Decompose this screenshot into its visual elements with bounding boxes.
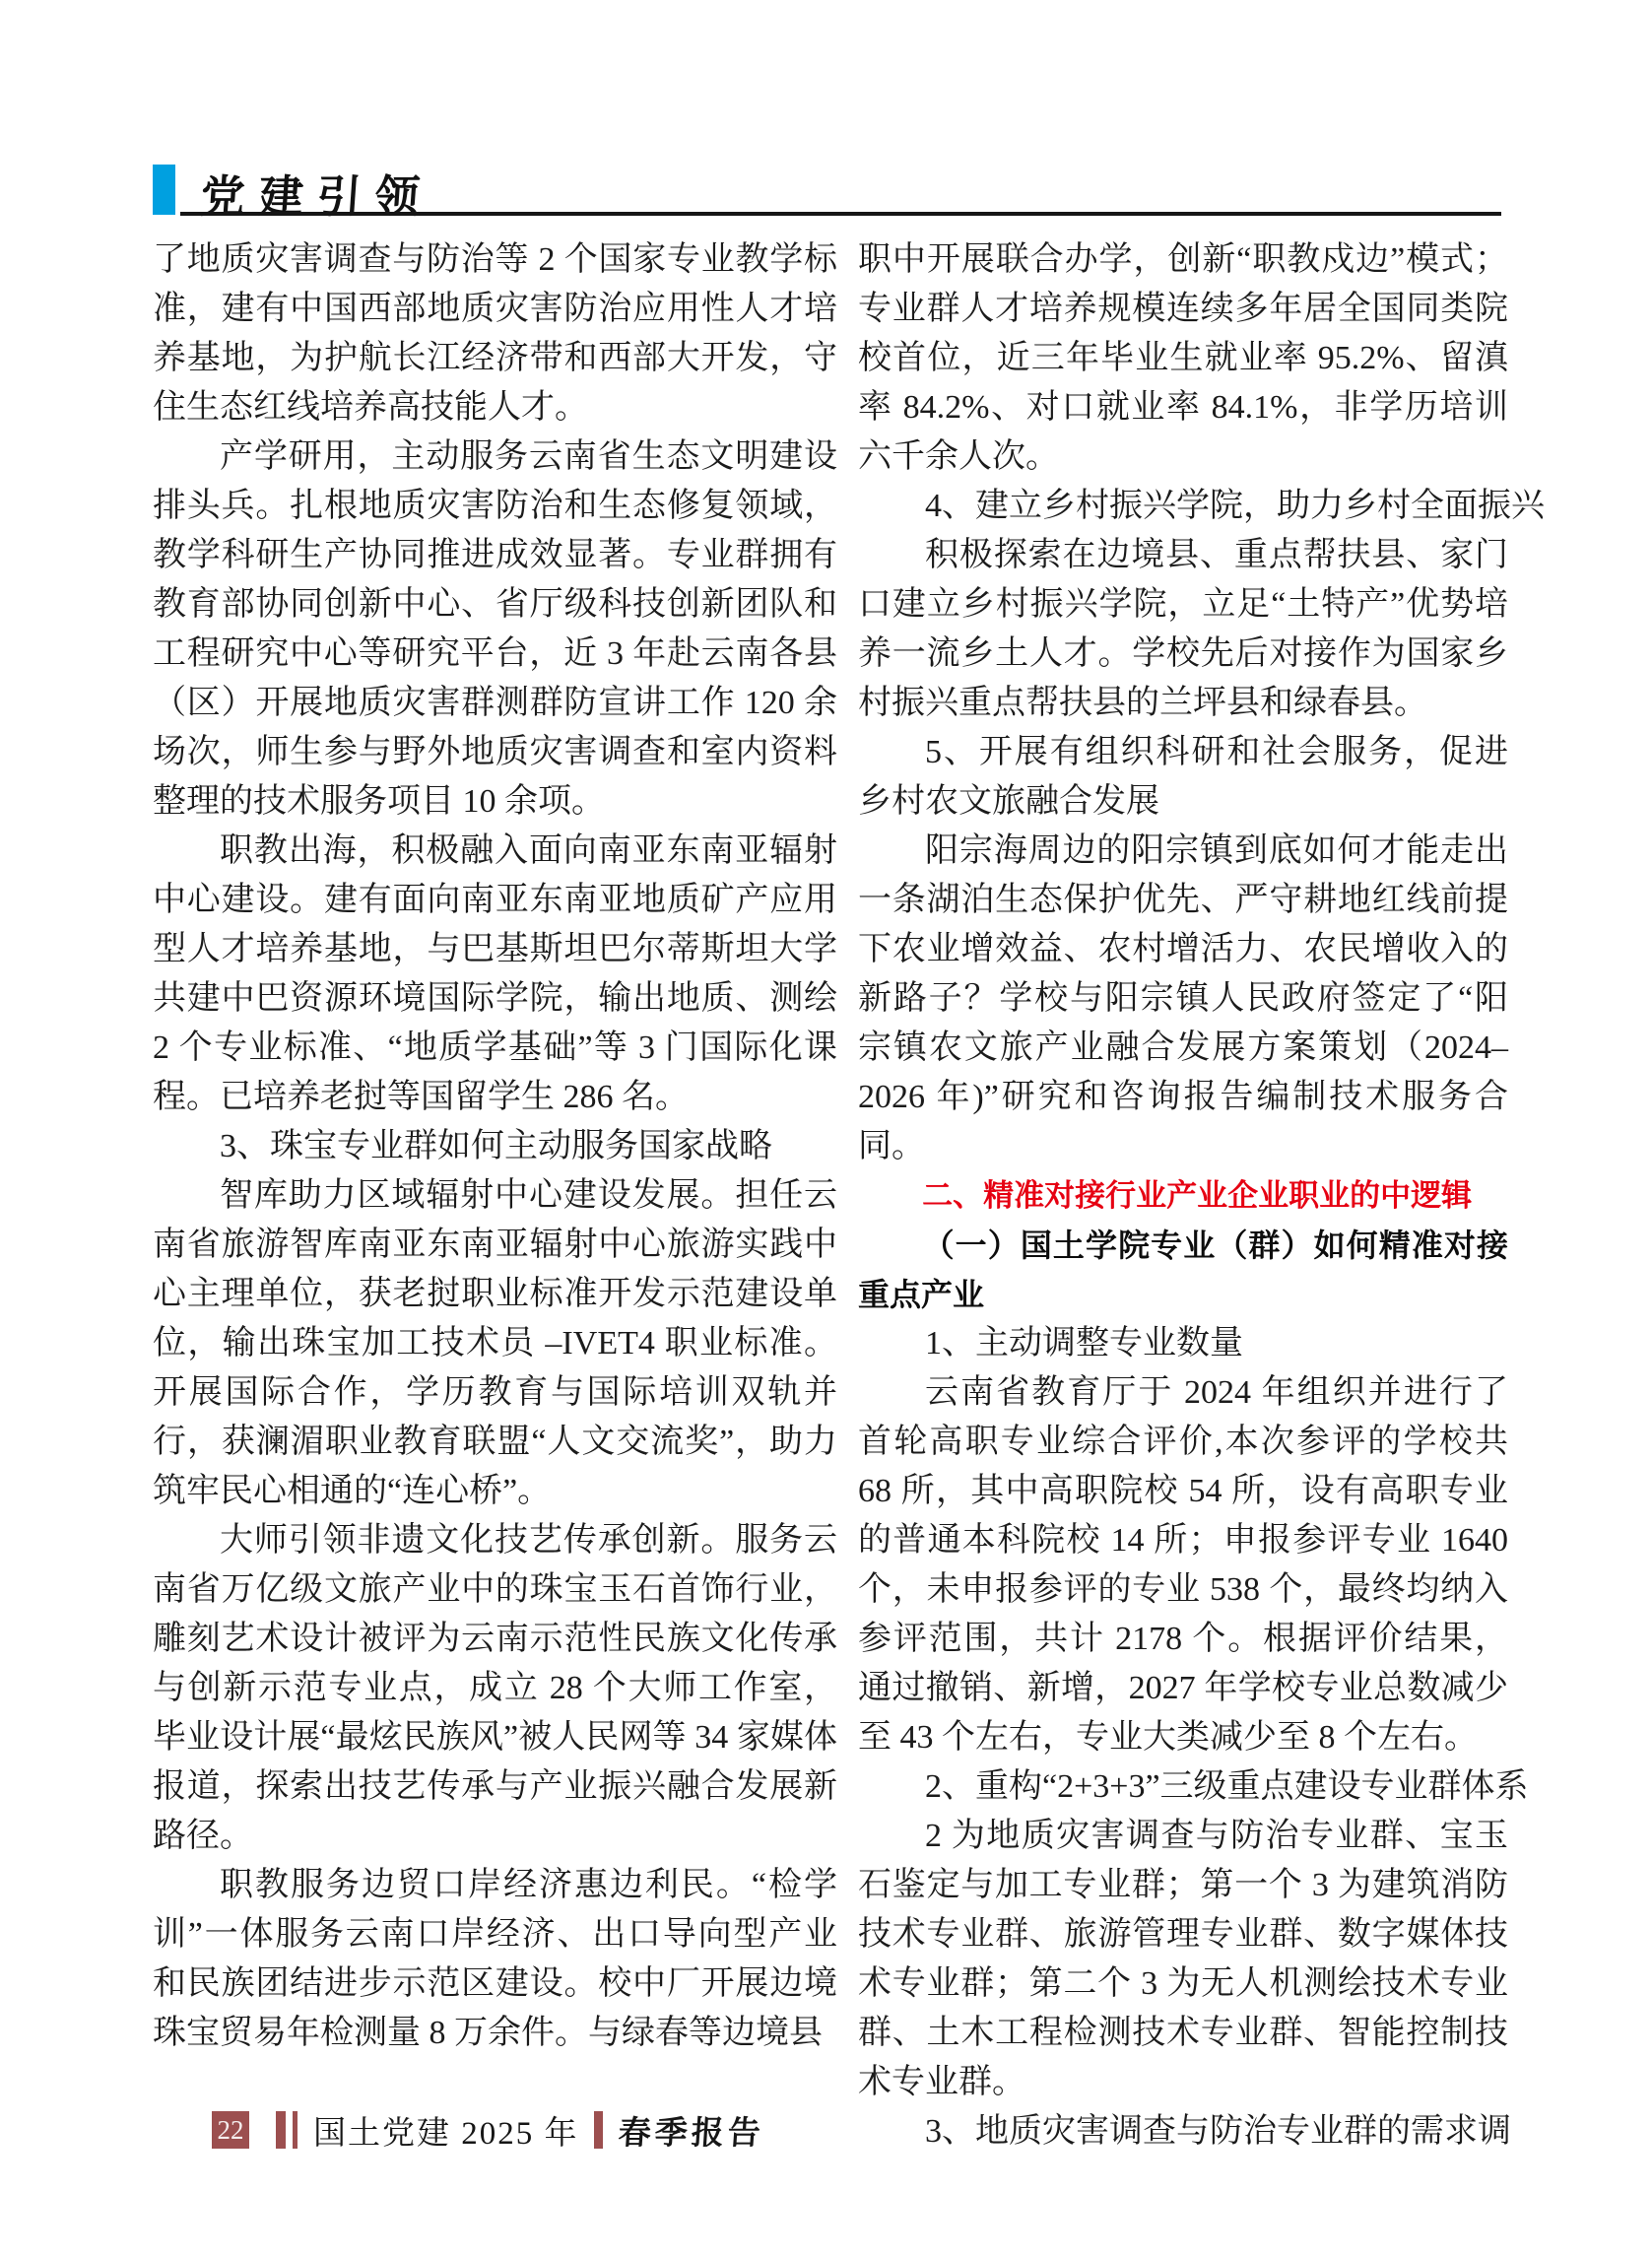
- body-paragraph: 云南省教育厅于 2024 年组织并进行了首轮高职专业综合评价,本次参评的学校共 …: [858, 1368, 1508, 1762]
- body-paragraph: 大师引领非遗文化技艺传承创新。服务云南省万亿级文旅产业中的珠宝玉石首饰行业，雕刻…: [153, 1516, 837, 1861]
- header-rule: [180, 212, 1501, 216]
- heading-paragraph: （一）国土学院专业（群）如何精准对接重点产业: [858, 1221, 1508, 1319]
- footer-single-bar: [594, 2111, 603, 2149]
- body-paragraph: 积极探索在边境县、重点帮扶县、家门口建立乡村振兴学院，立足“土特产”优势培养一流…: [858, 531, 1508, 728]
- body-paragraph: 4、建立乡村振兴学院，助力乡村全面振兴: [858, 482, 1508, 531]
- body-paragraph: 1、主动调整专业数量: [858, 1319, 1508, 1368]
- page-footer: 22 国土党建 2025 年 春季报告: [212, 2110, 764, 2150]
- body-paragraph: 了地质灾害调查与防治等 2 个国家专业教学标准，建有中国西部地质灾害防治应用性人…: [153, 235, 837, 432]
- body-paragraph: 职中开展联合办学，创新“职教戍边”模式；专业群人才培养规模连续多年居全国同类院校…: [858, 235, 1508, 482]
- body-paragraph: 职教出海，积极融入面向南亚东南亚辐射中心建设。建有面向南亚东南亚地质矿产应用型人…: [153, 827, 837, 1122]
- journal-title: 国土党建 2025 年: [313, 2107, 579, 2154]
- heading-paragraph: 二、精准对接行业产业企业职业的中逻辑: [858, 1171, 1508, 1221]
- body-paragraph: 阳宗海周边的阳宗镇到底如何才能走出一条湖泊生态保护优先、严守耕地红线前提下农业增…: [858, 827, 1508, 1171]
- body-paragraph: 智库助力区域辐射中心建设发展。担任云南省旅游智库南亚东南亚辐射中心旅游实践中心主…: [153, 1171, 837, 1516]
- body-paragraph: 5、开展有组织科研和社会服务，促进乡村农文旅融合发展: [858, 728, 1508, 827]
- left-column: 了地质灾害调查与防治等 2 个国家专业教学标准，建有中国西部地质灾害防治应用性人…: [153, 235, 837, 2058]
- body-paragraph: 3、珠宝专业群如何主动服务国家战略: [153, 1122, 837, 1171]
- footer-double-bar: [276, 2111, 297, 2149]
- header-accent-block: [153, 165, 175, 215]
- body-paragraph: 2 为地质灾害调查与防治专业群、宝玉石鉴定与加工专业群；第一个 3 为建筑消防技…: [858, 1812, 1508, 2107]
- body-paragraph: 2、重构“2+3+3”三级重点建设专业群体系: [858, 1762, 1508, 1812]
- body-paragraph: 产学研用，主动服务云南省生态文明建设排头兵。扎根地质灾害防治和生态修复领域，教学…: [153, 432, 837, 827]
- issue-label: 春季报告: [617, 2107, 765, 2154]
- page-number-badge: 22: [212, 2111, 249, 2149]
- magazine-page: 党建引领 了地质灾害调查与防治等 2 个国家专业教学标准，建有中国西部地质灾害防…: [0, 0, 1652, 2257]
- body-paragraph: 职教服务边贸口岸经济惠边利民。“检学训”一体服务云南口岸经济、出口导向型产业和民…: [153, 1861, 837, 2058]
- right-column: 职中开展联合办学，创新“职教戍边”模式；专业群人才培养规模连续多年居全国同类院校…: [858, 235, 1508, 2157]
- body-paragraph: 3、地质灾害调查与防治专业群的需求调: [858, 2107, 1508, 2157]
